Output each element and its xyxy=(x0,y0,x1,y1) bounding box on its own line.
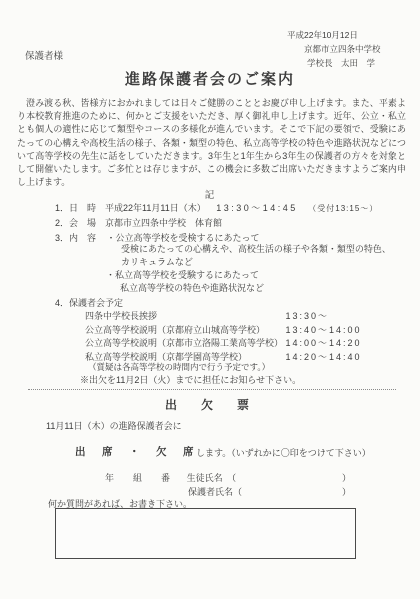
schedule-row: 四条中学校長挨拶 13:30～ xyxy=(85,309,329,322)
guardian-name-label: 保護者氏名（ xyxy=(188,487,242,497)
class-label: 組 xyxy=(133,473,142,483)
guardian-info-row: 保護者氏名（ xyxy=(188,485,242,498)
schedule-row: 公立高等学校説明（京都府立山城高等学校） 13:40～14:00 xyxy=(85,323,362,336)
agenda-item1-time: 13:30～14:45 xyxy=(216,203,298,213)
body-paragraph: 澄み渡る秋、皆様方におかれましては日々ご健勝のこととお慶び申し上げます。また、平… xyxy=(17,97,406,189)
student-info-row: 年組番 生徒氏名 （ xyxy=(105,471,236,484)
agenda-item3-label: 3．内 容 xyxy=(55,233,96,243)
deadline-note: ※出欠を11月2日（火）までに担任にお知らせ下さい。 xyxy=(80,373,301,386)
student-name-close-paren: ） xyxy=(342,471,351,484)
schedule-row-time: 14:20～14:40 xyxy=(286,352,362,362)
agenda-item-datetime: 1．日 時 平成22年11月11日（木） 13:30～14:45 （受付13:1… xyxy=(55,201,378,214)
qa-note: （質疑は各高等学校の時間内で行う予定です。） xyxy=(88,361,270,373)
student-name-label: 生徒氏名 （ xyxy=(187,473,237,483)
grade-label: 年 xyxy=(105,473,114,483)
cut-line-divider xyxy=(28,389,396,390)
record-mark: 記 xyxy=(0,187,420,201)
agenda-item-venue: 2．会 場 京都市立四条中学校 体育館 xyxy=(55,216,222,229)
schedule-row: 公立高等学校説明（京都市立洛陽工業高等学校） 14:00～14:20 xyxy=(85,336,362,349)
guardian-name-close-paren: ） xyxy=(342,485,351,498)
agenda-item3-detail1: 受検にあたっての心構えや、高校生活の様子や各類・類型の特色、カリキュラムなど xyxy=(121,243,394,268)
addressee: 保護者様 xyxy=(25,48,63,62)
slip-title: 出 欠 票 xyxy=(0,396,420,413)
issue-date: 平成22年10月12日 xyxy=(287,28,381,42)
agenda-item3-bullet2: ・私立高等学校を受験するにあたって xyxy=(106,268,259,281)
page-title: 進路保護者会のご案内 xyxy=(0,68,420,89)
attendance-instruction: します。（いずれかに〇印をつけて下さい） xyxy=(196,446,371,459)
attendance-choice: 出 席 ・ 欠 席 xyxy=(75,444,197,459)
agenda-item1-reception-note: （受付13:15～） xyxy=(308,204,378,213)
schedule-row-label: 公立高等学校説明（京都府立山城高等学校） xyxy=(85,323,283,336)
document-header: 平成22年10月12日 京都市立四条中学校 学校長 太田 学 xyxy=(287,28,381,70)
schedule-row-label: 公立高等学校説明（京都市立洛陽工業高等学校） xyxy=(85,336,283,349)
agenda-item3-detail2: 私立高等学校の特色や進路状況など xyxy=(120,281,264,294)
slip-intro: 11月11日（木）の進路保護者会に xyxy=(46,419,182,432)
scanned-notice-document: 平成22年10月12日 京都市立四条中学校 学校長 太田 学 保護者様 進路保護… xyxy=(0,0,420,599)
question-write-in-box xyxy=(55,508,356,559)
schedule-row-time: 13:30～ xyxy=(286,311,330,321)
number-label: 番 xyxy=(161,473,170,483)
agenda-item1-prefix: 1．日 時 平成22年11月11日（木） xyxy=(55,203,206,213)
school-name: 京都市立四条中学校 xyxy=(304,42,381,56)
schedule-row-time: 13:40～14:00 xyxy=(286,325,362,335)
agenda-item3-bullet1: ・公立高等学校を受検するにあたって xyxy=(107,233,260,243)
schedule-row-time: 14:00～14:20 xyxy=(286,338,362,348)
agenda-item-schedule-heading: 4．保護者会予定 xyxy=(55,296,123,309)
schedule-row-label: 四条中学校長挨拶 xyxy=(85,309,283,322)
